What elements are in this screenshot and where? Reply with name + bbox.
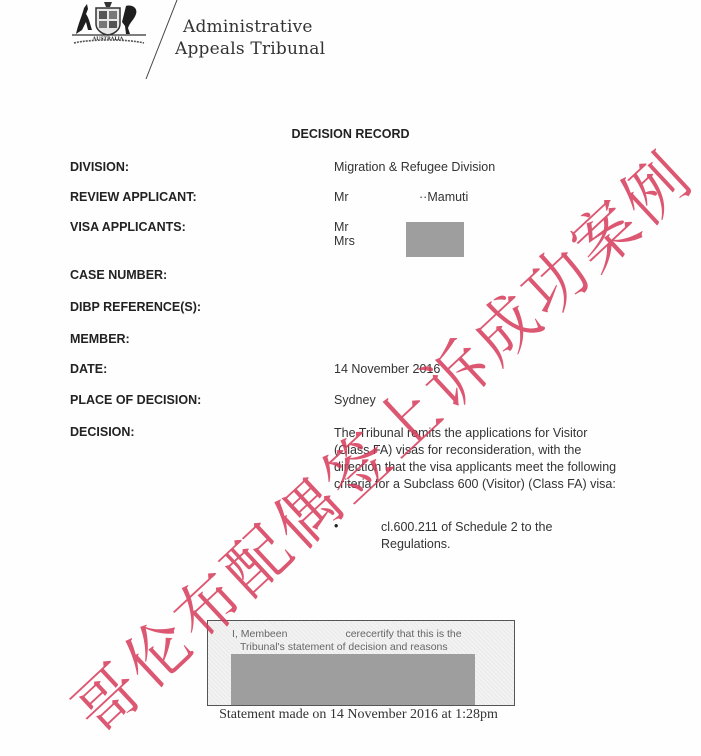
field-label: DIBP REFERENCE(S): bbox=[70, 300, 201, 314]
redaction-block bbox=[406, 222, 464, 257]
document-page: AUSTRALIA Administrative Appeals Tribuna… bbox=[0, 0, 701, 756]
organization-name: Administrative Appeals Tribunal bbox=[175, 16, 325, 60]
bullet-icon: • bbox=[334, 519, 338, 533]
field-label: VISA APPLICANTS: bbox=[70, 220, 186, 234]
field-label: CASE NUMBER: bbox=[70, 268, 167, 282]
certificate-box: I, Membeencerecertify that this is the T… bbox=[207, 620, 515, 706]
certificate-line1: I, Membeencerecertify that this is the bbox=[232, 628, 462, 640]
field-value-prefix: Mr bbox=[334, 190, 349, 204]
applicant-surname: Mamuti bbox=[427, 190, 468, 204]
field-label: DIVISION: bbox=[70, 160, 129, 174]
decision-text: The Tribunal remits the applications for… bbox=[334, 425, 624, 493]
document-title: DECISION RECORD bbox=[0, 127, 701, 141]
field-value-line1: Mr bbox=[334, 220, 349, 234]
certificate-line1-end: cerecertify that this is the bbox=[345, 628, 461, 640]
field-value: ··Mamuti bbox=[419, 190, 468, 204]
field-value: 14 November 2016 bbox=[334, 362, 440, 376]
field-label: DECISION: bbox=[70, 425, 135, 439]
field-label: MEMBER: bbox=[70, 332, 130, 346]
document-title-text: DECISION RECORD bbox=[291, 127, 409, 141]
certificate-line2: Tribunal's statement of decision and rea… bbox=[240, 641, 448, 653]
header-divider-line bbox=[0, 0, 200, 80]
field-value-line2: Mrs bbox=[334, 234, 355, 248]
field-label: REVIEW APPLICANT: bbox=[70, 190, 197, 204]
statement-timestamp: Statement made on 14 November 2016 at 1:… bbox=[0, 707, 701, 723]
field-value: Migration & Refugee Division bbox=[334, 160, 495, 174]
organization-name-line1: Administrative bbox=[175, 16, 325, 38]
organization-name-line2: Appeals Tribunal bbox=[175, 38, 325, 60]
decision-criteria-item: cl.600.211 of Schedule 2 to the Regulati… bbox=[381, 519, 621, 553]
field-value: Sydney bbox=[334, 393, 376, 407]
certificate-line1-start: I, Membeen bbox=[232, 628, 287, 640]
field-label: DATE: bbox=[70, 362, 107, 376]
signature-redaction-block bbox=[231, 654, 475, 705]
statement-text: Statement made on 14 November 2016 at 1:… bbox=[219, 707, 498, 722]
field-label: PLACE OF DECISION: bbox=[70, 393, 201, 407]
